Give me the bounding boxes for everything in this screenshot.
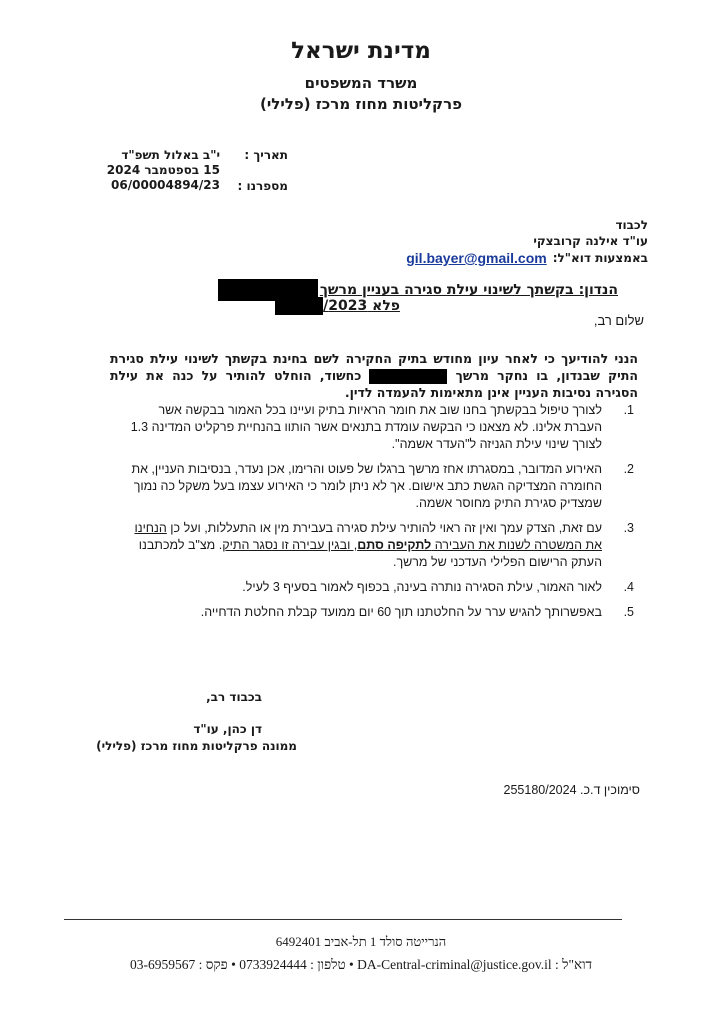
subject-line-2: פלא 2023/: [275, 297, 400, 315]
date-label: תאריך :: [244, 148, 288, 162]
date-gregorian: 15 בספטמבר 2024: [107, 163, 220, 177]
date-hebrew: י"ב באלול תשפ"ד: [121, 148, 220, 162]
item-text: לצורך טיפול בבקשתך בחנו שוב את חומר הראי…: [98, 402, 602, 453]
signer-name: דן כהן, עו"ד: [193, 722, 262, 736]
item-number: 2.: [602, 461, 638, 512]
closing: בכבוד רב,: [206, 690, 262, 704]
item-number: 4.: [602, 579, 638, 596]
item-text-bold-underlined: לתקיפה סתם: [357, 538, 431, 552]
via-email-label: באמצעות דוא"ל:: [553, 251, 648, 265]
redaction-block: [369, 369, 447, 384]
reference-number: סימוכין ד.כ. 255180/2024: [504, 783, 640, 797]
footer-divider: [64, 919, 622, 920]
signer-title: ממונה פרקליטות מחוז מרכז (פלילי): [96, 739, 297, 753]
letterhead-state: מדינת ישראל: [0, 38, 722, 64]
redaction-block: [275, 297, 323, 315]
item-text: באפשרותך להגיש ערר על החלטתנו תוך 60 יום…: [98, 604, 602, 621]
list-item: 4. לאור האמור, עילת הסגירה נותרה בעינה, …: [98, 579, 638, 596]
item-text-segment: עם זאת, הצדק עמך ואין זה ראוי להותיר עיל…: [167, 521, 602, 535]
item-number: 5.: [602, 604, 638, 621]
letterhead-office: פרקליטות מחוז מרכז (פלילי): [0, 95, 722, 113]
ref-number: 06/00004894/23: [111, 178, 220, 192]
intro-paragraph: הנני להודיעך כי לאחר עיון מחודש בתיק החק…: [110, 350, 638, 401]
item-text-underlined: , ובגין עבירה זו נסגר התיק: [222, 538, 357, 552]
list-item: 1. לצורך טיפול בבקשתך בחנו שוב את חומר ה…: [98, 402, 638, 453]
recipient-salutation: לכבוד: [615, 218, 648, 232]
recipient-name: עו"ד אילנה קרובצקי: [533, 234, 648, 248]
list-item: 5. באפשרותך להגיש ערר על החלטתנו תוך 60 …: [98, 604, 638, 621]
subject-text-2: פלא 2023/: [323, 298, 400, 314]
recipient-email-row: באמצעות דוא"ל: gil.bayer@gmail.com: [406, 250, 648, 266]
item-text: האירוע המדובר, במסגרתו אחז מרשך ברגלו של…: [98, 461, 602, 512]
greeting: שלום רב,: [594, 313, 644, 328]
footer-address: הנרייטה סולד 1 תל-אביב 6492401: [0, 934, 722, 950]
item-number: 3.: [602, 520, 638, 571]
ref-label: מספרנו :: [238, 179, 289, 193]
numbered-items: 1. לצורך טיפול בבקשתך בחנו שוב את חומר ה…: [98, 402, 638, 629]
item-number: 1.: [602, 402, 638, 453]
item-text: עם זאת, הצדק עמך ואין זה ראוי להותיר עיל…: [98, 520, 602, 571]
item-text: לאור האמור, עילת הסגירה נותרה בעינה, בכפ…: [98, 579, 602, 596]
recipient-email-link[interactable]: gil.bayer@gmail.com: [406, 250, 546, 266]
list-item: 2. האירוע המדובר, במסגרתו אחז מרשך ברגלו…: [98, 461, 638, 512]
subject-text-1: הנדון: בקשתך לשינוי עילת סגירה בעניין מר…: [320, 282, 618, 298]
list-item: 3. עם זאת, הצדק עמך ואין זה ראוי להותיר …: [98, 520, 638, 571]
letterhead-ministry: משרד המשפטים: [0, 74, 722, 92]
footer-contact: דוא"ל : DA-Central-criminal@justice.gov.…: [0, 957, 722, 973]
